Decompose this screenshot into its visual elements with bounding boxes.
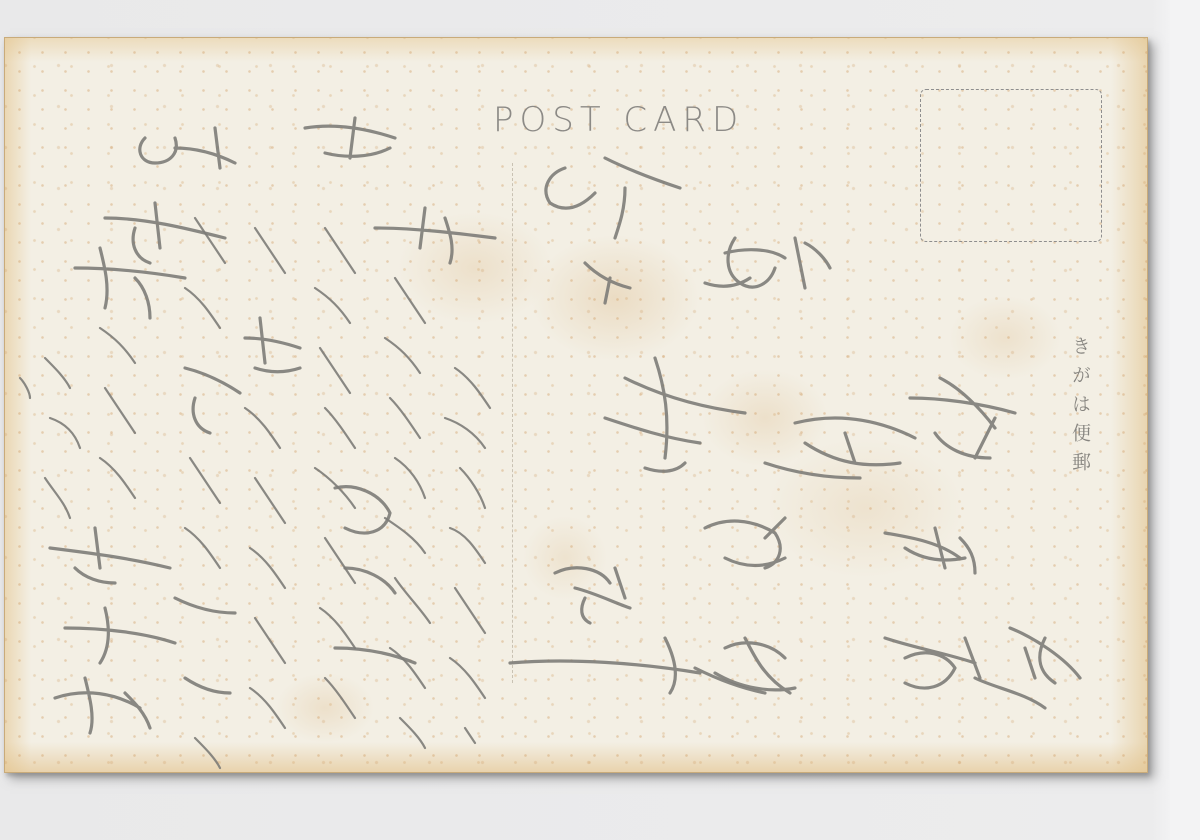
message-columns (20, 118, 495, 768)
address-column-left (510, 158, 765, 693)
postcard: POST CARD きがは便郵 (4, 37, 1148, 773)
handwriting (5, 38, 1147, 772)
scanner-background-strip (1170, 0, 1200, 840)
address-column-right (765, 378, 1080, 708)
